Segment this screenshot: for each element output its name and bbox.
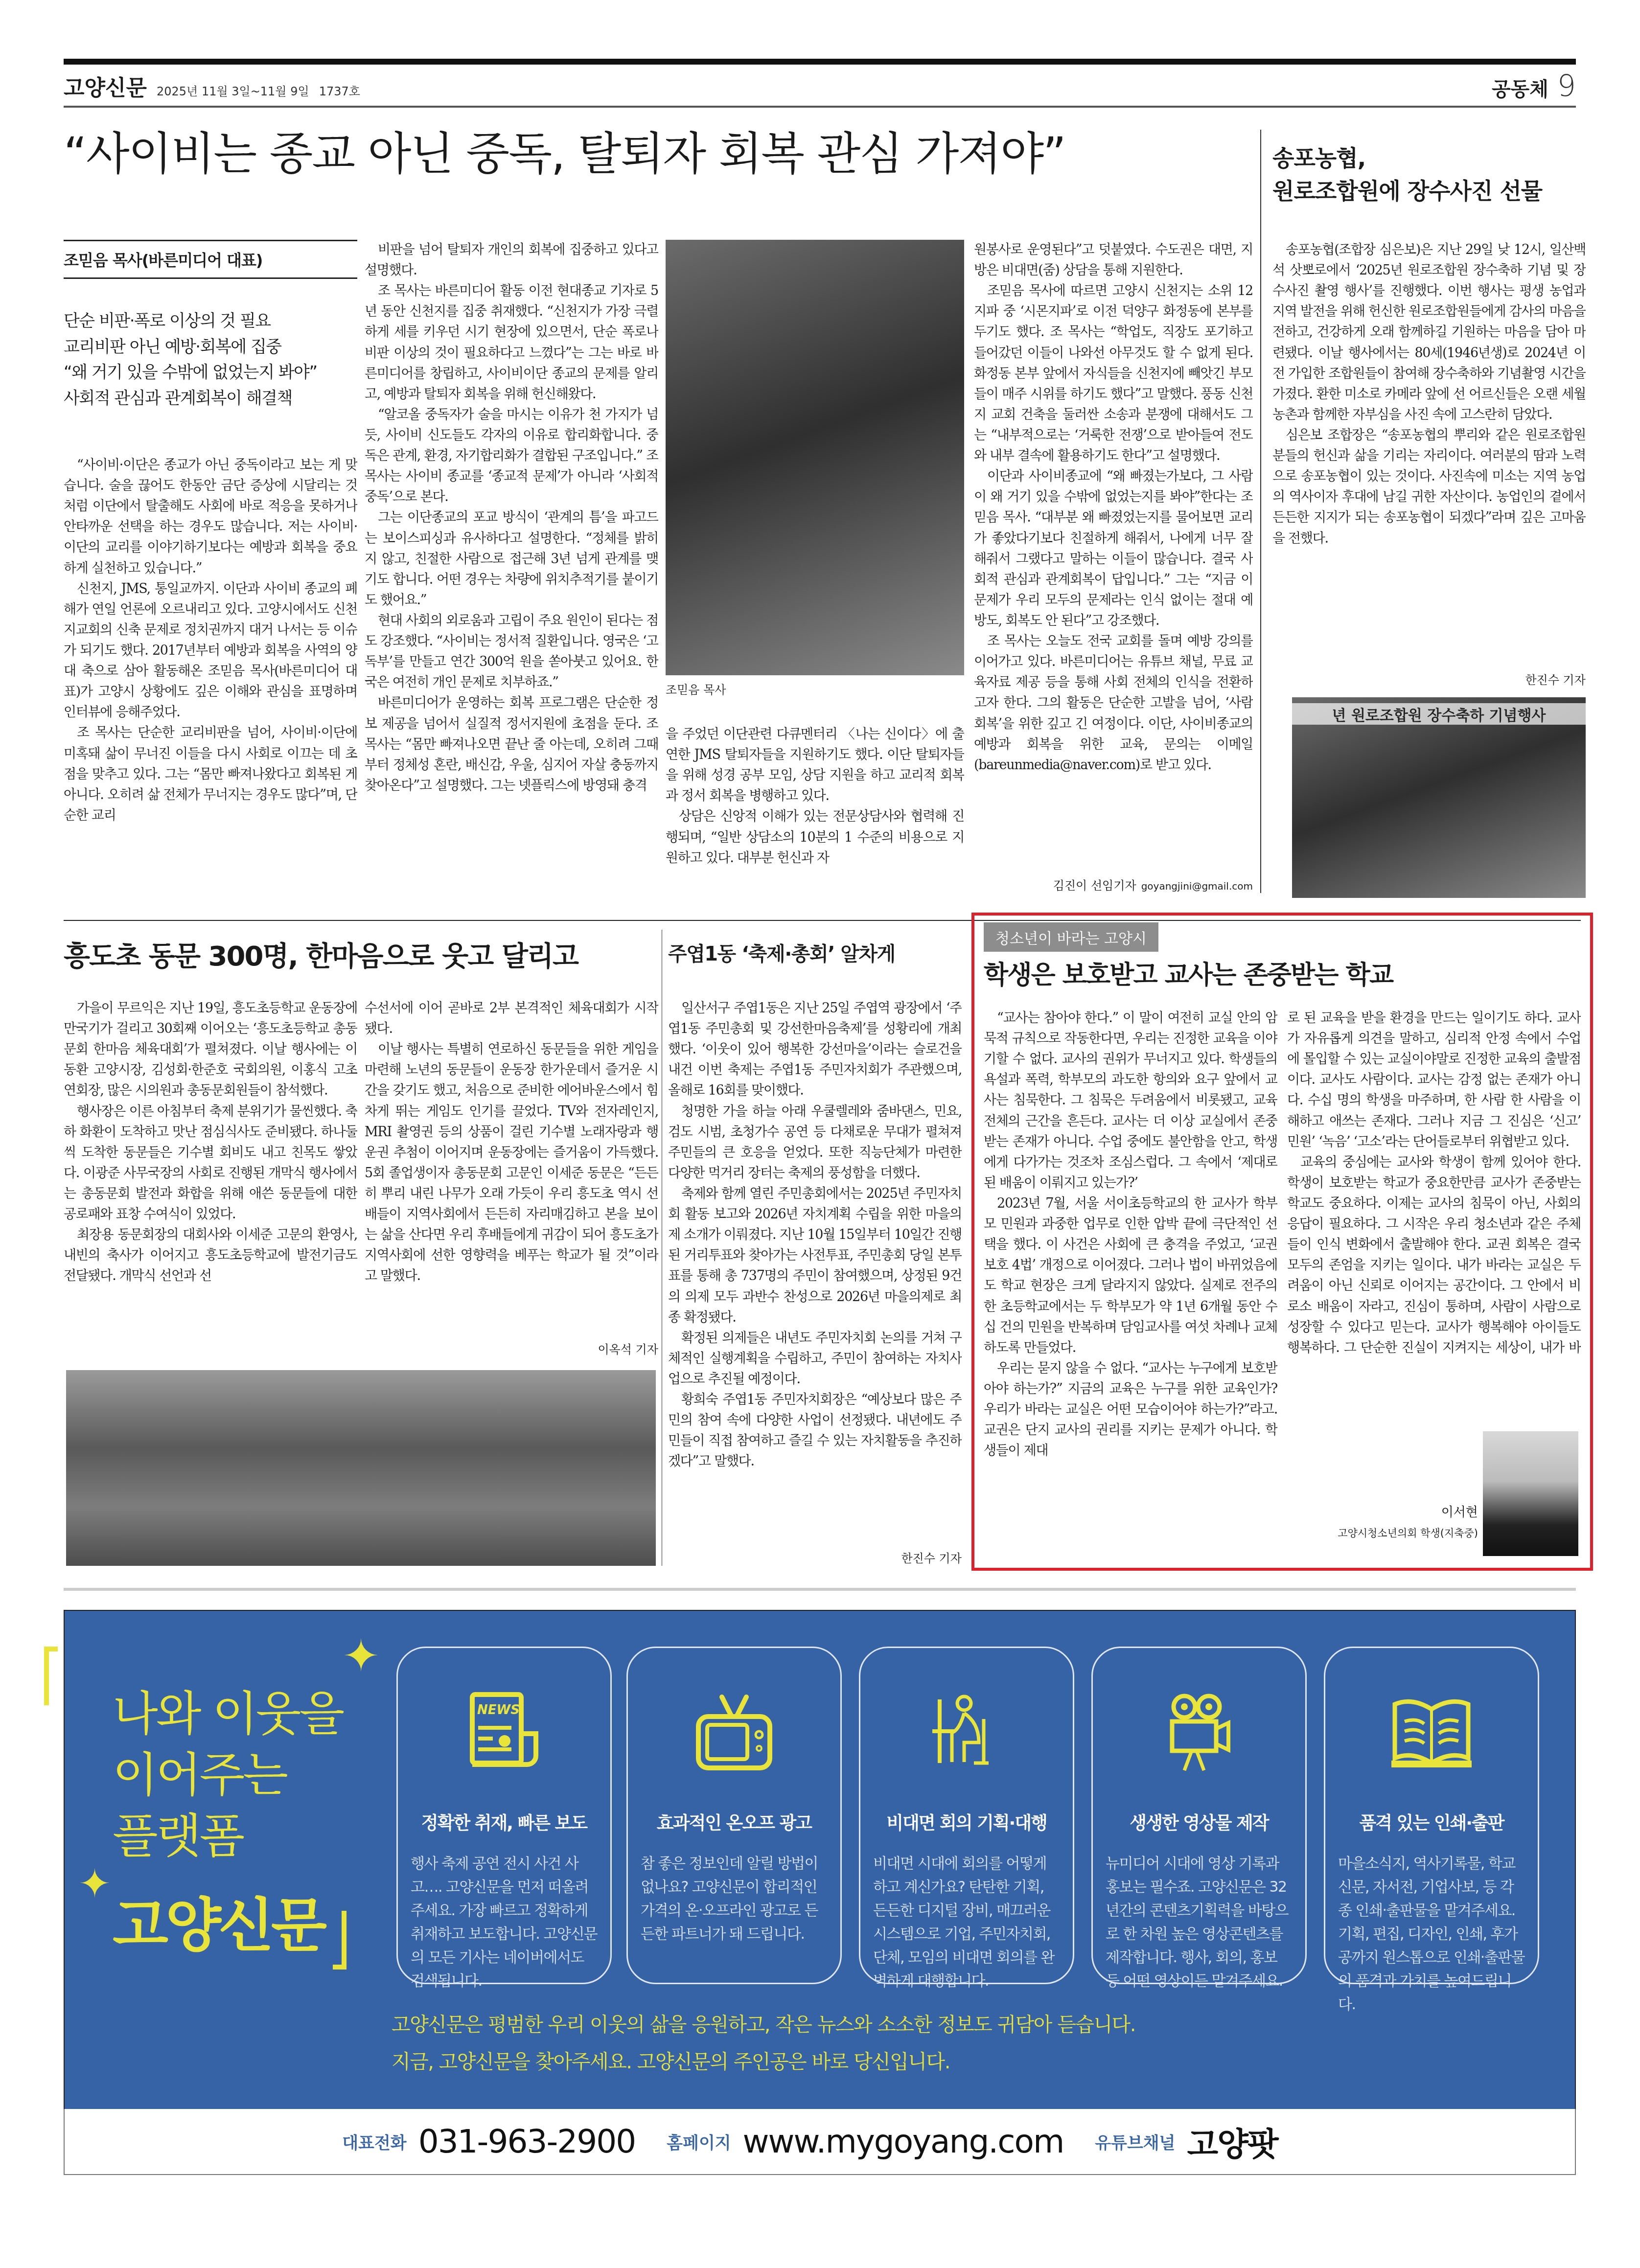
paragraph: 조 목사는 오늘도 전국 교회를 돌며 예방 강의를 이어가고 있다. 바른미디… <box>974 631 1253 776</box>
bracket-open-icon <box>44 1647 58 1705</box>
paragraph: 신천지, JMS, 통일교까지. 이단과 사이비 종교의 폐해가 연일 언론에 … <box>64 579 357 723</box>
youth-author: 이서현 고양시청소년의회 학생(지축중) <box>1272 1502 1478 1540</box>
column-tag-label: 청소년이 바라는 고양시 <box>984 922 1158 952</box>
paragraph: 가을이 무르익은 지난 19일, 흥도초등학교 운동장에 만국기가 걸리고 30… <box>64 998 357 1101</box>
card-title: 효과적인 온오프 광고 <box>641 1810 828 1834</box>
tv-icon <box>641 1682 828 1780</box>
phone-label: 대표전화 <box>342 2130 406 2153</box>
column-divider <box>662 930 662 1566</box>
author-portrait-photo <box>1483 1431 1578 1556</box>
youtube-label: 유튜브채널 <box>1095 2130 1175 2153</box>
paragraph: 축제와 함께 열린 주민총회에서는 2025년 주민자치회 활동 보고와 202… <box>668 1184 962 1328</box>
ad-brand-logo: 고양신문 <box>113 1879 324 1962</box>
card-body: 비대면 시대에 회의를 어떻게 하고 계신가요? 탄탄한 기획, 든든한 디지털… <box>873 1852 1060 1993</box>
page-number: 9 <box>1557 69 1576 103</box>
subhead: 단순 비판·폭로 이상의 것 필요 <box>64 308 367 334</box>
paragraph: 원봉사로 운영된다”고 덧붙였다. 수도권은 대면, 지방은 비대면(줌) 상담… <box>974 240 1253 281</box>
paragraph: 로 된 교육을 받을 환경을 만드는 일이기도 하다. 교사가 자유롭게 의견을… <box>1287 1008 1581 1152</box>
school-reporter: 이옥석 기자 <box>365 1340 658 1357</box>
author-name: 이서현 <box>1272 1502 1478 1520</box>
youth-article-headline: 학생은 보호받고 교사는 존중받는 학교 <box>984 954 1393 991</box>
author-title: 고양시청소년의회 학생(지축중) <box>1272 1525 1478 1540</box>
column-divider <box>1260 130 1261 893</box>
phone-number[interactable]: 031-963-2900 <box>418 2123 636 2160</box>
paragraph: 이날 행사는 특별히 연로하신 동문들을 위한 게임을 마련해 노년의 동문들이… <box>365 1039 658 1286</box>
website-link[interactable]: www.mygoyang.com <box>743 2123 1064 2160</box>
side-reporter: 한진수 기자 <box>1272 670 1586 687</box>
side-article-body: 송포농협(조합장 심은보)은 지난 29일 낮 12시, 일산백석 삿뽀로에서 … <box>1272 240 1586 670</box>
district-article-body: 일산서구 주엽1동은 지난 25일 주엽역 광장에서 ‘주엽1동 주민총회 및 … <box>668 998 962 1551</box>
paragraph: 조믿음 목사에 따르면 고양시 신천지는 소위 12지파 중 ‘시몬지파’로 이… <box>974 281 1253 466</box>
interviewee-byline: 조믿음 목사(바른미디어 대표) <box>64 240 357 279</box>
sparkle-icon: ✦ <box>343 1634 379 1678</box>
youth-rule <box>979 920 1581 921</box>
card-title: 생생한 영상물 제작 <box>1106 1810 1293 1834</box>
paragraph: 상담은 신앙적 이해가 있는 전문상담사와 협력해 진행되며, “일반 상담소의… <box>666 806 964 868</box>
paragraph: 심은보 조합장은 “송포농협의 뿌리와 같은 원로조합원 분들의 헌신과 삶을 … <box>1272 425 1586 549</box>
card-title: 품격 있는 인쇄·출판 <box>1338 1810 1525 1834</box>
tagline-line: 지금, 고양신문을 찾아주세요. 고양신문의 주인공은 바로 당신입니다. <box>392 2043 1135 2081</box>
masthead: 고양신문 2025년 11월 3일~11월 9일 1737호 공동체 9 <box>64 66 1576 108</box>
service-card-remote-meeting: 비대면 회의 기획·대행 비대면 시대에 회의를 어떻게 하고 계신가요? 탄탄… <box>859 1647 1074 1984</box>
lead-column-1: “사이비·이단은 종교가 아닌 중독이라고 보는 게 맞습니다. 술을 끊어도 … <box>64 455 357 895</box>
issue-date: 2025년 11월 3일~11월 9일 <box>157 82 309 99</box>
paragraph: 바른미디어가 운영하는 회복 프로그램은 단순한 정보 제공을 넘어서 실질적 … <box>365 693 658 796</box>
district-article-headline: 주엽1동 ‘축제·총회’ 알차게 <box>668 939 895 966</box>
paragraph: 그는 이단종교의 포교 방식이 ‘관계의 틈’을 파고드는 보이스피싱과 유사하… <box>365 507 658 611</box>
section-name: 공동체 <box>1492 74 1548 102</box>
section-separator <box>64 1588 1576 1591</box>
photo-banner-text: 년 원로조합원 장수축하 기념행사 <box>1292 703 1586 725</box>
service-card-video: 생생한 영상물 제작 뉴미디어 시대에 영상 기록과 홍보는 필수죠. 고양신문… <box>1091 1647 1307 1984</box>
reporter-name: 김진이 선임기자 <box>1053 879 1136 893</box>
district-reporter: 한진수 기자 <box>668 1549 962 1566</box>
side-headline-line2: 원로조합원에 장수사진 선물 <box>1272 175 1586 207</box>
paragraph: 현대 사회의 외로움과 고립이 주요 원인이 된다는 점도 강조했다. “사이비… <box>365 611 658 693</box>
paragraph: 청명한 가을 하늘 아래 우쿨렐레와 줌바댄스, 민요, 검도 시범, 초청가수… <box>668 1101 962 1184</box>
paragraph: 일산서구 주엽1동은 지난 25일 주엽역 광장에서 ‘주엽1동 주민총회 및 … <box>668 998 962 1101</box>
website-label: 홈페이지 <box>667 2130 731 2153</box>
issue-number: 1737호 <box>319 82 360 99</box>
side-headline-line1: 송포농협, <box>1272 142 1586 175</box>
slogan-line: 이어주는 <box>113 1744 343 1806</box>
youth-column-2: 로 된 교육을 받을 환경을 만드는 일이기도 하다. 교사가 자유롭게 의견을… <box>1287 1008 1581 1360</box>
subhead: 사회적 관심과 관계회복이 해결책 <box>64 386 367 412</box>
paragraph: “사이비·이단은 종교가 아닌 중독이라고 보는 게 맞습니다. 술을 끊어도 … <box>64 455 357 579</box>
paragraph: 우리는 묻지 않을 수 없다. “교사는 누구에게 보호받아야 하는가?” 지금… <box>984 1358 1277 1462</box>
remote-meeting-icon <box>873 1682 1060 1780</box>
open-book-icon <box>1338 1682 1525 1780</box>
paragraph: 교육의 중심에는 교사와 학생이 함께 있어야 한다. 학생이 보호받는 학교가… <box>1287 1152 1581 1360</box>
lead-subheads: 단순 비판·폭로 이상의 것 필요 교리비판 아닌 예방·회복에 집중 “왜 거… <box>64 308 367 412</box>
school-column-1: 가을이 무르익은 지난 19일, 흥도초등학교 운동장에 만국기가 걸리고 30… <box>64 998 357 1351</box>
lead-column-3: 을 주었던 이단관련 다큐멘터리 〈나는 신이다〉에 출연한 JMS 탈퇴자들을… <box>666 724 964 895</box>
service-card-advertising: 효과적인 온오프 광고 참 좋은 정보인데 알릴 방법이 없나요? 고양신문이 … <box>626 1647 842 1984</box>
longevity-cake-photo: 년 원로조합원 장수축하 기념행사 <box>1292 697 1586 898</box>
paragraph: 조 목사는 단순한 교리비판을 넘어, 사이비·이단에 미혹돼 삶이 무너진 이… <box>64 723 357 826</box>
bracket-close-icon <box>333 1911 346 1970</box>
column-tag: 청소년이 바라는 고양시 <box>984 922 1158 952</box>
side-headline: 송포농협, 원로조합원에 장수사진 선물 <box>1272 142 1586 207</box>
svg-text:NEWS: NEWS <box>477 1703 520 1718</box>
lead-column-2: 비판을 넘어 탈퇴자 개인의 회복에 집중하고 있다고 설명했다. 조 목사는 … <box>365 240 658 895</box>
paragraph: “교사는 참아야 한다.” 이 말이 여전히 교실 안의 암묵적 규칙으로 작동… <box>984 1008 1277 1193</box>
card-body: 참 좋은 정보인데 알릴 방법이 없나요? 고양신문이 합리적인 가격의 온·오… <box>641 1852 828 1946</box>
school-column-2: 수선서에 이어 곧바로 2부 본격적인 체육대회가 시작됐다. 이날 행사는 특… <box>365 998 658 1341</box>
subhead: 교리비판 아닌 예방·회복에 집중 <box>64 334 367 360</box>
ad-contact-bar: 대표전화 031-963-2900 홈페이지 www.mygoyang.com … <box>64 2109 1576 2175</box>
ad-slogan: 나와 이웃을 이어주는 플랫폼 <box>113 1683 343 1866</box>
slogan-line: 플랫폼 <box>113 1806 343 1867</box>
paragraph: “알코올 중독자가 술을 마시는 이유가 천 가지가 넘듯, 사이비 신도들도 … <box>365 405 658 508</box>
paragraph: 확정된 의제들은 내년도 주민자치회 논의를 거쳐 구체적인 실행계획을 수립하… <box>668 1328 962 1390</box>
youtube-channel-link[interactable]: 고양팟 <box>1187 2118 1277 2165</box>
sports-day-photo <box>66 1370 656 1566</box>
youth-column-1: “교사는 참아야 한다.” 이 말이 여전히 교실 안의 암묵적 규칙으로 작동… <box>984 1008 1277 1561</box>
lead-reporter: 김진이 선임기자goyangjini@gmail.com <box>974 876 1253 893</box>
tagline-line: 고양신문은 평범한 우리 이웃의 삶을 응원하고, 작은 뉴스와 소소한 정보도… <box>392 2006 1135 2043</box>
service-card-reporting: NEWS 정확한 취재, 빠른 보도 행사 축제 공연 전시 사건 사고…. 고… <box>396 1647 612 1984</box>
paragraph: 2023년 7월, 서울 서이초등학교의 한 교사가 학부모 민원과 과중한 업… <box>984 1193 1277 1358</box>
paragraph: 황희숙 주엽1동 주민자치회장은 “예상보다 많은 주민의 참여 속에 다양한 … <box>668 1390 962 1472</box>
card-body: 마을소식지, 역사기록물, 학교신문, 자서전, 기업사보, 등 각종 인쇄·출… <box>1338 1852 1525 2016</box>
paragraph: 이단과 사이비종교에 “왜 빠졌는가보다, 그 사람이 왜 거기 있을 수밖에 … <box>974 466 1253 631</box>
paragraph: 행사장은 이른 아침부터 축제 분위기가 물씬했다. 축하 화환이 도착하고 맛… <box>64 1101 357 1225</box>
lead-column-4: 원봉사로 운영된다”고 덧붙였다. 수도권은 대면, 지방은 비대면(줌) 상담… <box>974 240 1253 856</box>
card-body: 뉴미디어 시대에 영상 기록과 홍보는 필수죠. 고양신문은 32년간의 콘텐츠… <box>1106 1852 1293 1993</box>
photo-caption: 조믿음 목사 <box>666 680 726 697</box>
paragraph: 조 목사는 바른미디어 활동 이전 현대종교 기자로 5년 동안 신천지를 집중… <box>365 281 658 405</box>
paragraph: 수선서에 이어 곧바로 2부 본격적인 체육대회가 시작됐다. <box>365 998 658 1039</box>
movie-camera-icon <box>1106 1682 1293 1780</box>
lead-headline: “사이비는 종교 아닌 중독, 탈퇴자 회복 관심 가져야” <box>64 127 1253 181</box>
sparkle-icon: ✦ <box>78 1864 111 1903</box>
interviewee-portrait-photo <box>666 240 964 675</box>
paragraph: 최장용 동문회장의 대회사와 이세준 고문의 환영사, 내빈의 축사가 이어지고… <box>64 1225 357 1286</box>
paragraph: 을 주었던 이단관련 다큐멘터리 〈나는 신이다〉에 출연한 JMS 탈퇴자들을… <box>666 724 964 806</box>
paragraph: 송포농협(조합장 심은보)은 지난 29일 낮 12시, 일산백석 삿뽀로에서 … <box>1272 240 1586 425</box>
service-card-printing: 품격 있는 인쇄·출판 마을소식지, 역사기록물, 학교신문, 자서전, 기업사… <box>1324 1647 1539 1984</box>
newspaper-logo: 고양신문 <box>64 70 147 102</box>
newspaper-icon: NEWS <box>411 1682 598 1780</box>
ad-tagline: 고양신문은 평범한 우리 이웃의 삶을 응원하고, 작은 뉴스와 소소한 정보도… <box>392 2006 1135 2081</box>
card-body: 행사 축제 공연 전시 사건 사고…. 고양신문을 먼저 떠올려주세요. 가장 … <box>411 1852 598 1993</box>
subhead: “왜 거기 있을 수밖에 없었는지 봐야” <box>64 360 367 386</box>
school-article-headline: 흥도초 동문 300명, 한마음으로 웃고 달리고 <box>64 935 578 974</box>
slogan-line: 나와 이웃을 <box>113 1683 343 1744</box>
card-title: 비대면 회의 기획·대행 <box>873 1810 1060 1834</box>
masthead-top-rule <box>64 59 1576 65</box>
reporter-email[interactable]: goyangjini@gmail.com <box>1141 880 1253 892</box>
card-title: 정확한 취재, 빠른 보도 <box>411 1810 598 1834</box>
paragraph: 비판을 넘어 탈퇴자 개인의 회복에 집중하고 있다고 설명했다. <box>365 240 658 281</box>
